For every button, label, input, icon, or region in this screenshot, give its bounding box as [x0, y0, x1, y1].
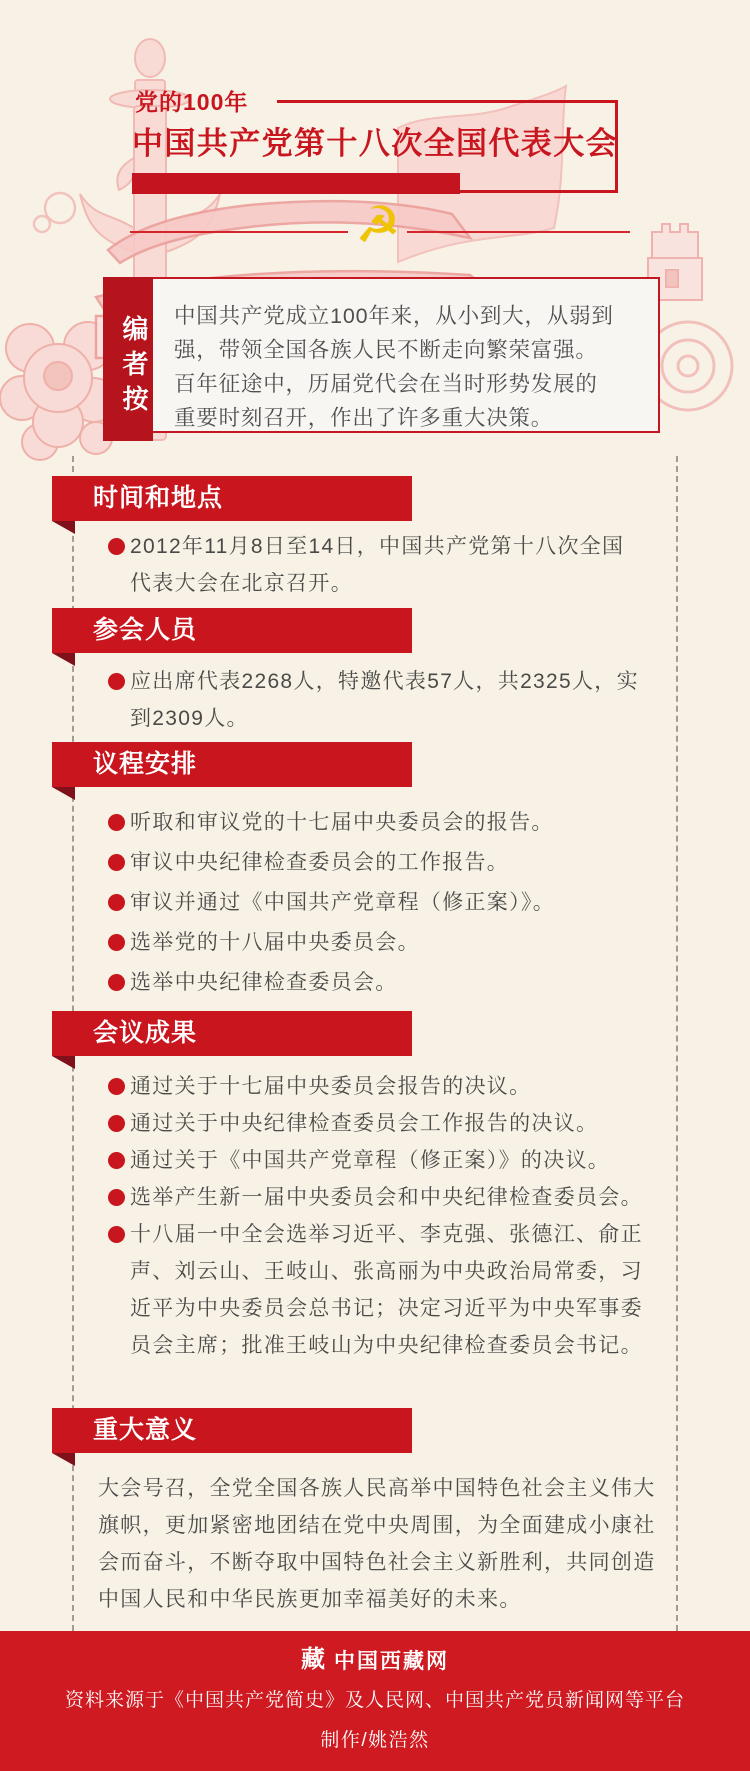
bullet-dot-icon: [108, 1078, 125, 1095]
list-item-text: 通过关于《中国共产党章程（修正案）》的决议。: [130, 1149, 610, 1172]
ribbon-fold: [52, 1056, 75, 1069]
list-item: 选举党的十八届中央委员会。: [108, 924, 646, 961]
bullet-dot-icon: [108, 854, 125, 871]
china-tibet-network-logo-icon: 藏: [301, 1647, 325, 1673]
source-line: 资料来源于《中国共产党简史》及人民网、中国共产党员新闻网等平台: [0, 1685, 750, 1712]
ribbon-fold: [52, 521, 75, 534]
page-title: 中国共产党第十八次全国代表大会: [132, 118, 618, 163]
bullet-dot-icon: [108, 1152, 125, 1169]
time-place-list: 2012年11月8日至14日，中国共产党第十八次全国代表大会在北京召开。: [108, 528, 656, 602]
list-item: 通过关于中央纪律检查委员会工作报告的决议。: [108, 1105, 646, 1142]
list-item: 选举中央纪律检查委员会。: [108, 964, 646, 1001]
infographic-page: 党的100年 中国共产党第十八次全国代表大会 ☭ 编者按 中国共产党成立100年…: [0, 0, 750, 1771]
title-box-bottom-border: [458, 190, 618, 193]
section-title: 重大意义: [93, 1416, 197, 1444]
outcomes-list: 通过关于十七届中央委员会报告的决议。 通过关于中央纪律检查委员会工作报告的决议。…: [108, 1068, 656, 1364]
list-item-text: 选举党的十八届中央委员会。: [130, 931, 420, 954]
section-header-agenda: 议程安排: [52, 742, 412, 787]
section-header-significance: 重大意义: [52, 1408, 412, 1453]
ribbon-fold: [52, 1453, 75, 1466]
cloud-curl-left: [34, 193, 75, 232]
list-item: 听取和审议党的十七届中央委员会的报告。: [108, 804, 646, 841]
ribbon-fold: [52, 653, 75, 666]
kicker-rule-line: [277, 100, 618, 103]
bullet-dot-icon: [108, 673, 125, 690]
editor-note-label: 编者按: [103, 277, 153, 441]
significance-paragraph: 大会号召，全党全国各族人民高举中国特色社会主义伟大旗帜，更加紧密地团结在党中央周…: [98, 1470, 660, 1618]
site-row: 藏 中国西藏网: [0, 1646, 750, 1674]
credit-line: 制作/姚浩然: [0, 1725, 750, 1752]
site-name: 中国西藏网: [334, 1645, 449, 1675]
emblem-rule-left: [130, 231, 348, 233]
list-item-text: 选举产生新一届中央委员会和中央纪律检查委员会。: [130, 1186, 643, 1209]
list-item-text: 应出席代表2268人，特邀代表57人，共2325人，实到2309人。: [130, 670, 639, 730]
list-item-text: 通过关于十七届中央委员会报告的决议。: [130, 1075, 531, 1098]
list-item-text: 通过关于中央纪律检查委员会工作报告的决议。: [130, 1112, 598, 1135]
list-item: 审议并通过《中国共产党章程（修正案）》。: [108, 884, 646, 921]
list-item: 通过关于十七届中央委员会报告的决议。: [108, 1068, 646, 1105]
list-item: 审议中央纪律检查委员会的工作报告。: [108, 844, 646, 881]
bullet-dot-icon: [108, 1115, 125, 1132]
title-underline-bar: [132, 173, 460, 194]
list-item-text: 十八届一中全会选举习近平、李克强、张德江、俞正声、刘云山、王岐山、张高丽为中央政…: [130, 1223, 643, 1357]
section-title: 议程安排: [93, 750, 197, 778]
bullet-dot-icon: [108, 1226, 125, 1243]
bullet-dot-icon: [108, 934, 125, 951]
participants-list: 应出席代表2268人，特邀代表57人，共2325人，实到2309人。: [108, 663, 656, 737]
list-item: 2012年11月8日至14日，中国共产党第十八次全国代表大会在北京召开。: [108, 528, 646, 602]
section-header-outcomes: 会议成果: [52, 1011, 412, 1056]
party-emblem-icon: ☭: [347, 198, 409, 252]
section-header-participants: 参会人员: [52, 608, 412, 653]
section-header-time-place: 时间和地点: [52, 476, 412, 521]
bullet-dot-icon: [108, 1189, 125, 1206]
agenda-list: 听取和审议党的十七届中央委员会的报告。 审议中央纪律检查委员会的工作报告。 审议…: [108, 804, 656, 1004]
list-item: 应出席代表2268人，特邀代表57人，共2325人，实到2309人。: [108, 663, 646, 737]
bullet-dot-icon: [108, 974, 125, 991]
header-kicker: 党的100年: [135, 84, 248, 117]
peony-flower-art: [0, 322, 116, 460]
bullet-dot-icon: [108, 814, 125, 831]
bullet-dot-icon: [108, 894, 125, 911]
list-item: 选举产生新一届中央委员会和中央纪律检查委员会。: [108, 1179, 646, 1216]
list-item-text: 审议并通过《中国共产党章程（修正案）》。: [130, 891, 555, 914]
list-item-text: 审议中央纪律检查委员会的工作报告。: [130, 851, 509, 874]
editor-note-box: 中国共产党成立100年来，从小到大，从弱到强，带领全国各族人民不断走向繁荣富强。…: [148, 277, 660, 433]
bullet-dot-icon: [108, 538, 125, 555]
list-item: 通过关于《中国共产党章程（修正案）》的决议。: [108, 1142, 646, 1179]
footer: 藏 中国西藏网 资料来源于《中国共产党简史》及人民网、中国共产党员新闻网等平台 …: [0, 1631, 750, 1771]
editor-note-text: 中国共产党成立100年来，从小到大，从弱到强，带领全国各族人民不断走向繁荣富强。…: [174, 299, 618, 433]
dashed-rail-right: [676, 456, 678, 1631]
section-title: 会议成果: [93, 1019, 197, 1047]
list-item-text: 选举中央纪律检查委员会。: [130, 971, 398, 994]
list-item-text: 听取和审议党的十七届中央委员会的报告。: [130, 811, 554, 834]
emblem-rule-right: [407, 231, 630, 233]
list-item: 十八届一中全会选举习近平、李克强、张德江、俞正声、刘云山、王岐山、张高丽为中央政…: [108, 1216, 646, 1364]
ribbon-fold: [52, 787, 75, 800]
section-title: 时间和地点: [93, 484, 223, 512]
section-title: 参会人员: [93, 616, 197, 644]
list-item-text: 2012年11月8日至14日，中国共产党第十八次全国代表大会在北京召开。: [130, 535, 624, 595]
